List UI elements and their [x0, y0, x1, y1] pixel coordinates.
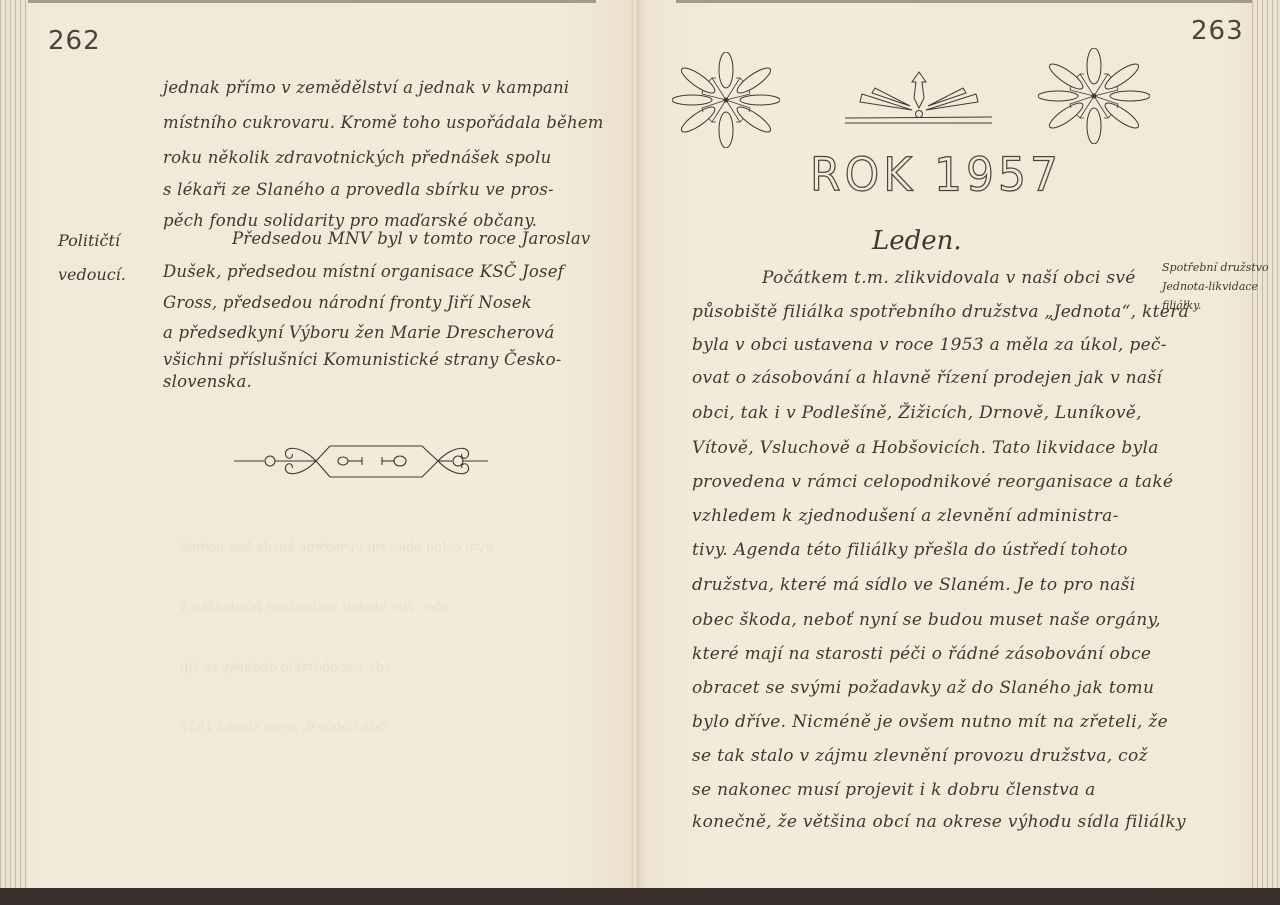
month-heading: Leden. — [872, 226, 962, 256]
text-line: místního cukrovaru. Kromě toho uspořádal… — [163, 113, 604, 132]
left-page: 262 jednak přímo v zemědělství a jednak … — [0, 0, 636, 888]
text-line: se nakonec musí projevit i k dobru člens… — [692, 780, 1096, 800]
sunrise-ornament-icon — [842, 66, 997, 124]
page-number: 262 — [48, 26, 101, 56]
text-line: Vítově, Vsluchově a Hobšovicích. Tato li… — [692, 438, 1159, 458]
page-top-edge — [28, 0, 596, 3]
divider-flourish-icon — [230, 440, 490, 484]
text-line: Počátkem t.m. zlikvidovala v naší obci s… — [762, 268, 1136, 288]
page-edge-stack — [1252, 0, 1280, 888]
text-line: pěch fondu solidarity pro maďarské občan… — [163, 211, 537, 230]
bleed-through-text: kde vše obdrželo dodávky se žijí — [180, 660, 392, 675]
margin-note-line: Spotřební družstvo — [1162, 258, 1280, 277]
text-line: Dušek, předsedou místní organisace KSČ J… — [163, 262, 564, 281]
text-line: obracet se svými požadavky až do Slaného… — [692, 678, 1154, 698]
text-line: vzhledem k zjednodušení a zlevnění admin… — [692, 506, 1119, 526]
text-line: a předsedkyní Výboru žen Marie Dreschero… — [163, 323, 555, 342]
text-line: bylo dříve. Nicméně je ovšem nutno mít n… — [692, 712, 1168, 732]
text-line: s lékaři ze Slaného a provedla sbírku ve… — [163, 180, 554, 199]
page-edge-stack — [0, 0, 28, 888]
text-line: slovenska. — [163, 372, 252, 391]
text-line: které mají na starosti péči o řádné záso… — [692, 644, 1151, 664]
text-line: družstva, které má sídlo ve Slaném. Je t… — [692, 575, 1135, 595]
text-line: provedena v rámci celopodnikové reorgani… — [692, 472, 1173, 492]
margin-note-line: vedoucí. — [58, 265, 126, 284]
text-line: všichni příslušníci Komunistické strany … — [163, 350, 562, 369]
margin-note-line: Jednota-likvidace — [1162, 277, 1280, 296]
starburst-right-icon — [1038, 48, 1150, 144]
open-book: 262 jednak přímo v zemědělství a jednak … — [0, 0, 1280, 890]
margin-note-line: Političtí — [58, 231, 120, 250]
text-line: tivy. Agenda této filiálky přešla do úst… — [692, 540, 1128, 560]
bleed-through-text: nyní celou obec žijí vyměřené kazdé bez … — [180, 540, 494, 555]
bleed-through-text: řidící obce 6. cesta slavná 1957 — [180, 720, 388, 735]
page-number: 263 — [1191, 16, 1244, 46]
text-line: se tak stalo v zájmu zlevnění provozu dr… — [692, 746, 1148, 766]
text-line: Gross, předsedou národní fronty Jiří Nos… — [163, 293, 532, 312]
year-heading: ROK 1957 — [810, 149, 1062, 203]
text-line: roku několik zdravotnických přednášek sp… — [163, 148, 551, 167]
text-line: konečně, že většina obcí na okrese výhod… — [692, 812, 1186, 832]
text-line: obec škoda, neboť nyní se budou muset na… — [692, 610, 1161, 630]
bleed-through-text: obec žije hledati zaslouženě přednášku k — [180, 600, 450, 615]
text-line: jednak přímo v zemědělství a jednak v ka… — [163, 78, 569, 97]
page-top-edge — [676, 0, 1252, 3]
starburst-left-icon — [672, 52, 780, 148]
text-line: obci, tak i v Podlešíně, Žižicích, Drnov… — [692, 403, 1142, 423]
text-line: byla v obci ustavena v roce 1953 a měla … — [692, 335, 1167, 355]
text-line: ovat o zásobování a hlavně řízení prodej… — [692, 368, 1162, 388]
text-line: působiště filiálka spotřebního družstva … — [692, 302, 1189, 322]
text-line: Předsedou MNV byl v tomto roce Jaroslav — [232, 229, 590, 248]
